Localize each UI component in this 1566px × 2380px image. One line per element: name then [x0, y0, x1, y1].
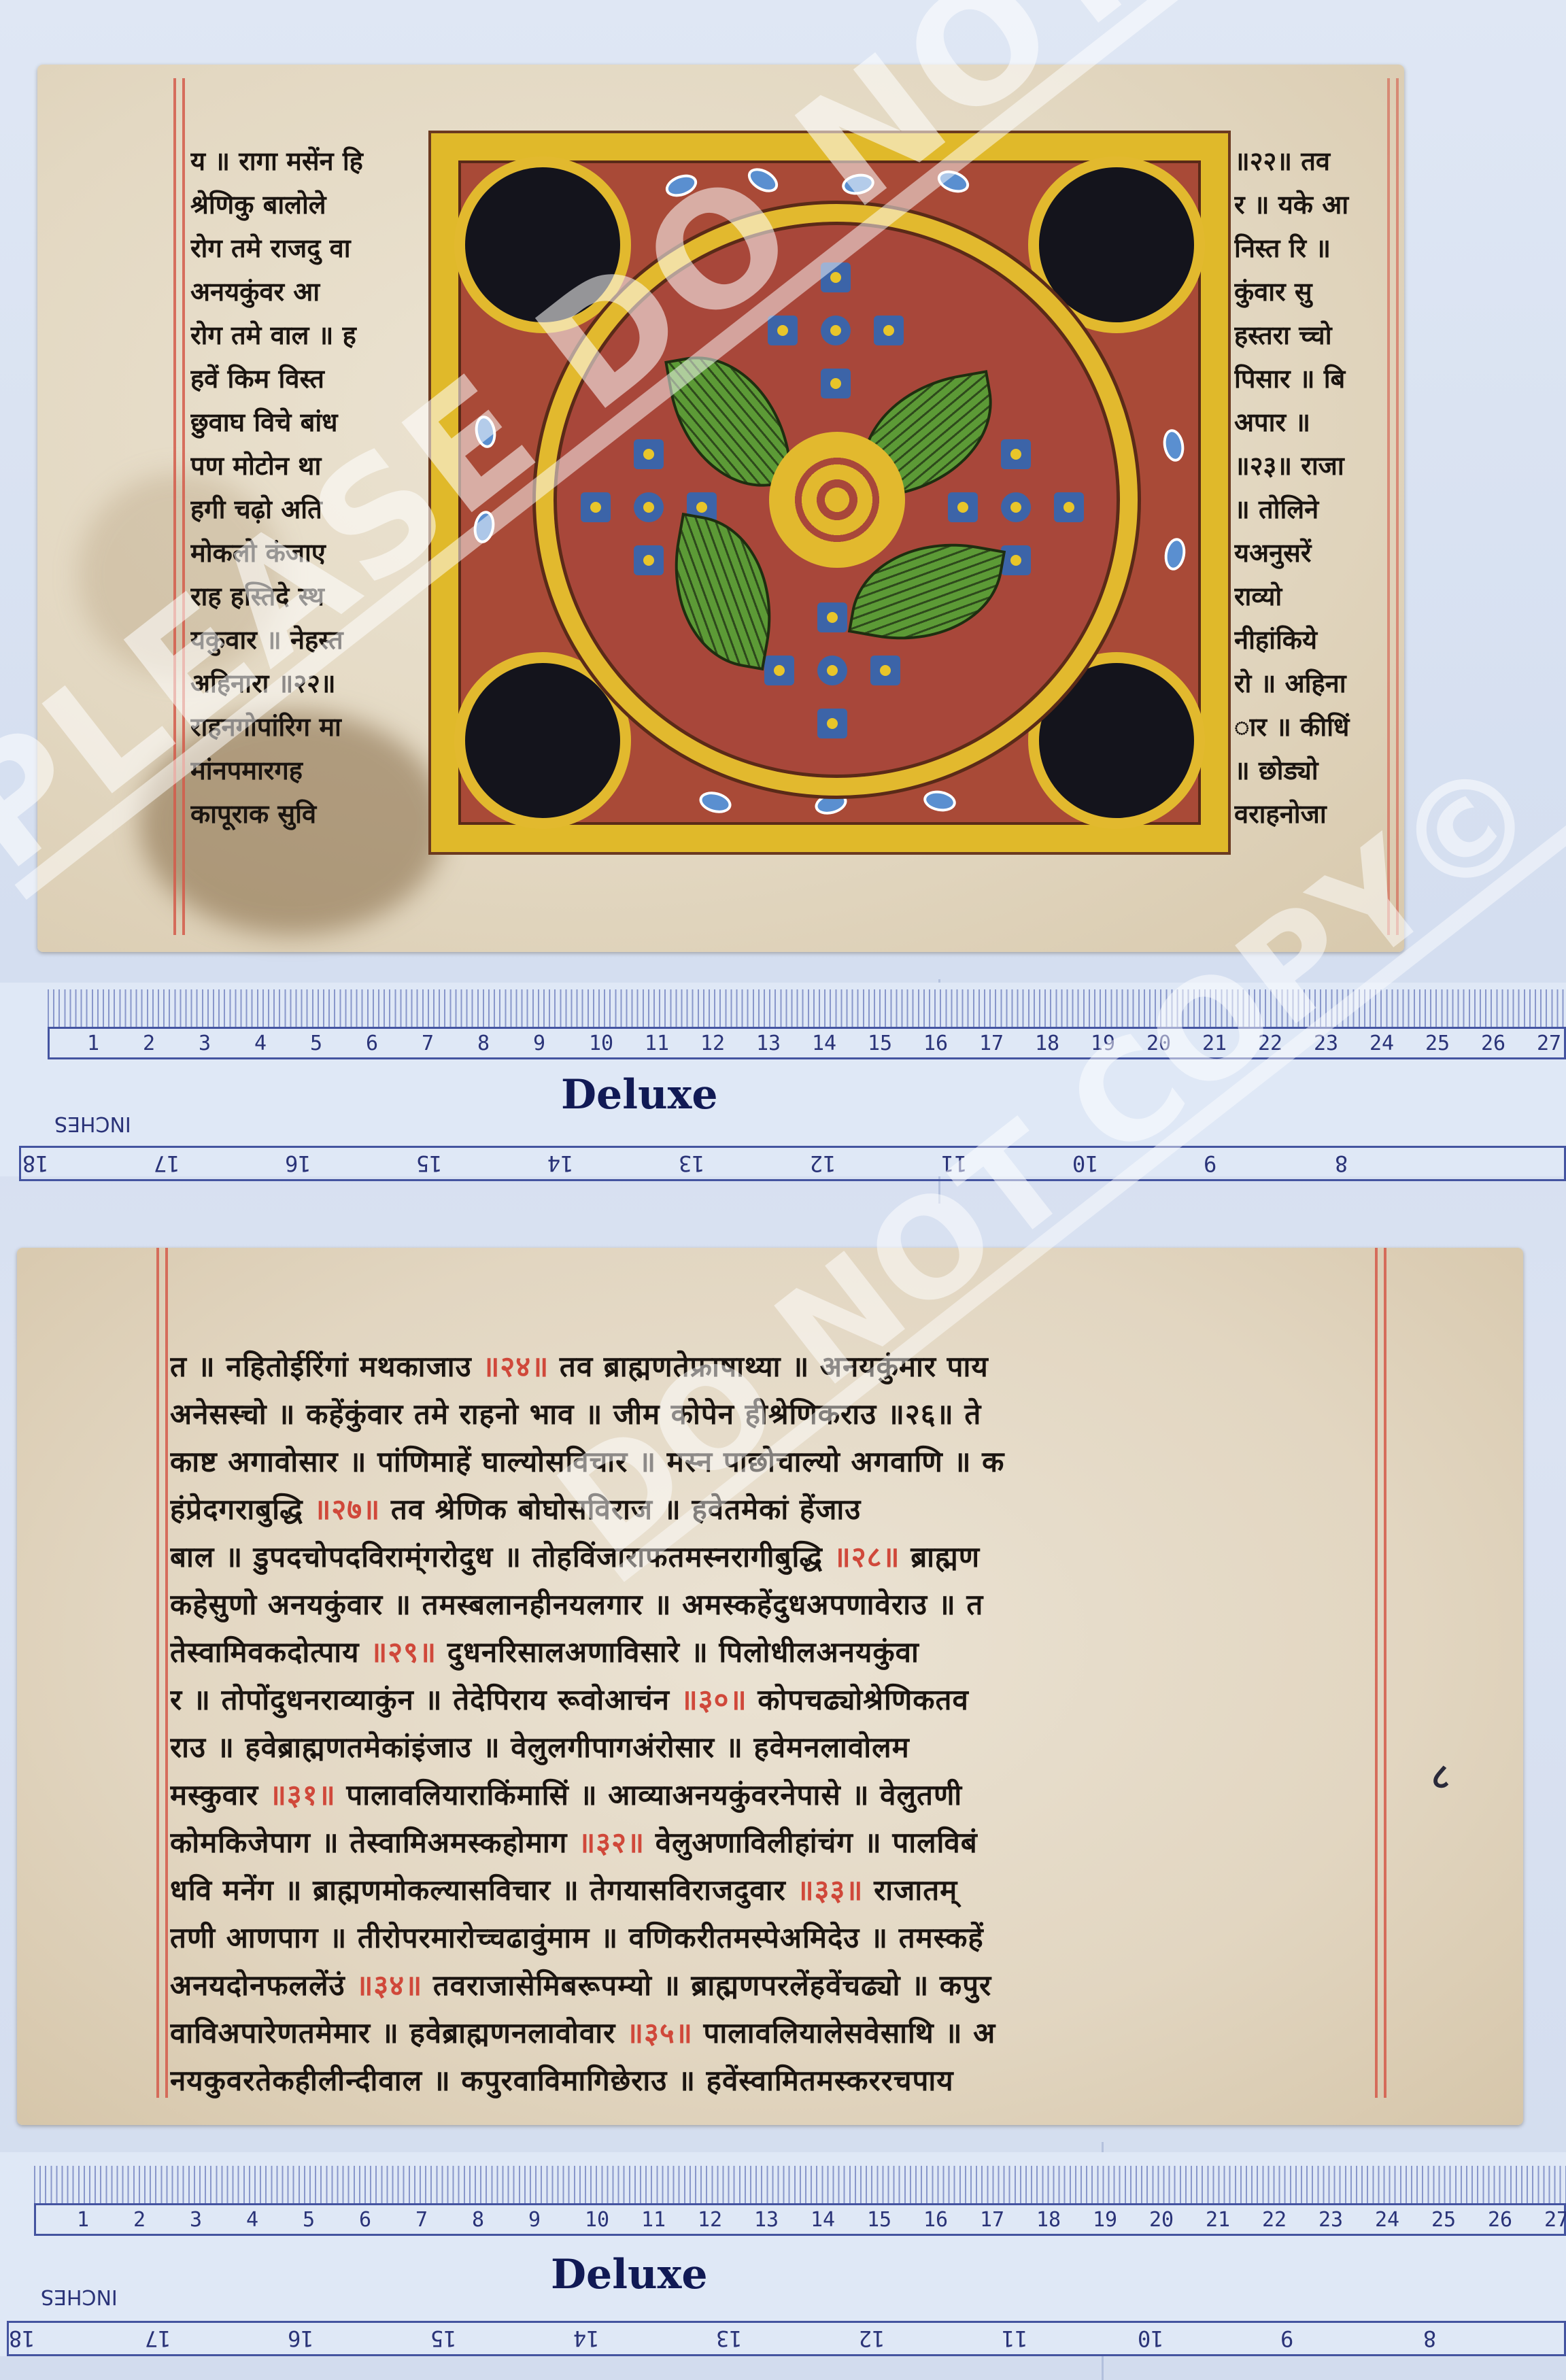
- text-line: यकुवार ॥ नेहस्त: [190, 618, 432, 662]
- cm-label: 7: [422, 1032, 434, 1055]
- text-line: बाल ॥ डुपदचोपदविराम्ंगरोदुध ॥ तोहविंजारा…: [170, 1533, 1374, 1581]
- inch-label: 15: [416, 1151, 443, 1176]
- cm-label: 17: [979, 1032, 1004, 1055]
- inch-label: 13: [679, 1151, 705, 1176]
- cm-label: 4: [246, 2208, 258, 2232]
- cm-label: 5: [303, 2208, 315, 2232]
- inch-label: 10: [1138, 2326, 1164, 2351]
- text-line: राहनगोपांरिग मा: [190, 705, 432, 749]
- cm-label: 26: [1481, 1032, 1505, 1055]
- text-line: नयकुवरतेकहीलीन्दीवाल ॥ कपुरवाविमागिछेराउ…: [170, 2057, 1374, 2105]
- cm-label: 2: [133, 2208, 146, 2232]
- corner-lotus: [454, 156, 631, 333]
- cm-label: 15: [867, 2208, 891, 2232]
- inch-label: 17: [145, 2326, 171, 2351]
- border-bud: [473, 414, 498, 449]
- text-line: यअनुसरें: [1234, 531, 1384, 575]
- ruler-inch-scale: 18 17 16 15 14 13 12 11 10 9 8: [19, 1146, 1566, 1181]
- inch-label: 16: [288, 2326, 314, 2351]
- text-line: कुंवार सु: [1234, 270, 1384, 313]
- inch-label: 8: [1335, 1151, 1348, 1176]
- text-line: ॥ तोलिने: [1234, 488, 1384, 531]
- cm-label: 27: [1537, 1032, 1561, 1055]
- cm-label: 25: [1425, 1032, 1450, 1055]
- margin-rule-left: [156, 1248, 159, 2098]
- text-line: मोकलो कंजाए: [190, 531, 432, 575]
- text-line: रोग तमे वाल ॥ ह: [190, 313, 432, 357]
- cm-label: 9: [533, 1032, 545, 1055]
- border-bud: [1161, 428, 1187, 463]
- text-line: कहेसुणो अनयकुंवार ॥ तमस्बलानहीनयलगार ॥ अ…: [170, 1581, 1374, 1629]
- inch-label: 14: [547, 1151, 574, 1176]
- cm-label: 3: [190, 2208, 202, 2232]
- ruler-unit-label: INCHES: [41, 2285, 118, 2309]
- text-column-left: य ॥ रागा मसेंन हि श्रेणिकु बालोले रोग तम…: [190, 139, 432, 836]
- border-bud: [662, 171, 700, 201]
- cm-label: 8: [472, 2208, 484, 2232]
- cm-label: 9: [528, 2208, 541, 2232]
- text-line: राउ ॥ हवेब्राह्मणतमेकांइंजाउ ॥ वेलुलगीपा…: [170, 1724, 1374, 1771]
- text-line: कोमकिजेपाग ॥ तेस्वामिअमस्कहोमाग ॥३२॥ वेल…: [170, 1819, 1374, 1867]
- text-line: ॥ छोड्यो: [1234, 749, 1384, 792]
- text-line: ार ॥ कीधिं: [1234, 705, 1384, 749]
- text-line: वाविअपारेणतमेमार ॥ हवेब्राह्मणनलावोवार ॥…: [170, 2009, 1374, 2057]
- cm-label: 17: [980, 2208, 1004, 2232]
- ruler-cm-scale: 1 2 3 4 5 6 7 8 9 10 11 12 13 14 15 16 1…: [34, 2203, 1566, 2236]
- text-line: निस्त रि ॥: [1234, 226, 1384, 270]
- cm-label: 13: [756, 1032, 781, 1055]
- cm-label: 13: [754, 2208, 779, 2232]
- inch-label: 9: [1280, 2326, 1293, 2351]
- text-line: हवें किम विस्त: [190, 357, 432, 401]
- folio-number: ८: [1431, 1751, 1450, 1799]
- text-line: हंप्रेदगराबुद्धि ॥२७॥ तव श्रेणिक बोघोसवि…: [170, 1486, 1374, 1533]
- text-line: अनयदोनफललेंउं ॥३४॥ तवराजासेमिबरूपम्यो ॥ …: [170, 1962, 1374, 2009]
- inch-label: 8: [1423, 2326, 1436, 2351]
- text-line: ॥२२॥ तव: [1234, 139, 1384, 183]
- ruler-unit-label: INCHES: [54, 1112, 131, 1136]
- inch-label: 18: [9, 2326, 35, 2351]
- rosette-top: [768, 262, 904, 398]
- measuring-ruler: 1 2 3 4 5 6 7 8 9 10 11 12 13 14 15 16 1…: [0, 2152, 1566, 2356]
- margin-rule-left: [182, 78, 185, 935]
- ruler-brand: Deluxe: [561, 1071, 718, 1119]
- cm-label: 16: [923, 2208, 948, 2232]
- central-medallion: [536, 204, 1138, 796]
- inch-label: 11: [1002, 2326, 1028, 2351]
- cm-label: 6: [366, 1032, 378, 1055]
- cm-label: 21: [1206, 2208, 1230, 2232]
- text-line: छुवाघ विचे बांध: [190, 401, 432, 444]
- cm-label: 6: [359, 2208, 371, 2232]
- cm-label: 7: [415, 2208, 428, 2232]
- text-line: कापूराक सुवि: [190, 792, 432, 836]
- border-bud: [697, 788, 734, 816]
- cm-label: 10: [585, 2208, 609, 2232]
- inch-label: 18: [22, 1151, 49, 1176]
- inch-label: 13: [716, 2326, 743, 2351]
- text-line: ॥२३॥ राजा: [1234, 444, 1384, 488]
- border-bud: [1162, 537, 1188, 572]
- text-line: रोग तमे राजदु वा: [190, 226, 432, 270]
- text-line: नीहांकिये: [1234, 618, 1384, 662]
- cm-label: 12: [698, 2208, 722, 2232]
- cm-label: 15: [868, 1032, 892, 1055]
- margin-rule-left: [173, 78, 176, 935]
- cm-label: 10: [589, 1032, 613, 1055]
- cm-label: 4: [254, 1032, 267, 1055]
- cm-label: 1: [77, 2208, 89, 2232]
- text-line: हस्तरा च्चो: [1234, 313, 1384, 357]
- text-line: तणी आणपाग ॥ तीरोपरमारोच्चढावुंमाम ॥ वणिक…: [170, 1914, 1374, 1962]
- cm-label: 24: [1375, 2208, 1399, 2232]
- text-line: हगी चढ़ो अति: [190, 488, 432, 531]
- border-bud: [744, 163, 783, 197]
- inch-label: 16: [285, 1151, 311, 1176]
- cm-label: 26: [1488, 2208, 1512, 2232]
- text-line: अपार ॥: [1234, 401, 1384, 444]
- painting-field: [458, 160, 1201, 825]
- cm-label: 2: [143, 1032, 155, 1055]
- cm-label: 14: [812, 1032, 836, 1055]
- cm-label: 23: [1318, 2208, 1343, 2232]
- cm-label: 18: [1036, 2208, 1061, 2232]
- text-line: पिसार ॥ बि: [1234, 357, 1384, 401]
- text-line: य ॥ रागा मसेंन हि: [190, 139, 432, 183]
- inch-label: 12: [810, 1151, 836, 1176]
- inch-label: 17: [154, 1151, 180, 1176]
- margin-rule-left: [165, 1248, 168, 2098]
- cm-label: 14: [811, 2208, 835, 2232]
- center-ring: [769, 432, 905, 568]
- cm-label: 20: [1149, 2208, 1174, 2232]
- inch-label: 9: [1204, 1151, 1216, 1176]
- inch-label: 14: [573, 2326, 600, 2351]
- inch-label: 12: [859, 2326, 885, 2351]
- text-line: अहिनारा ॥२२॥: [190, 662, 432, 705]
- text-line: धवि मनेंग ॥ ब्राह्मणमोकल्यासविचार ॥ तेगय…: [170, 1867, 1374, 1914]
- cm-label: 5: [310, 1032, 322, 1055]
- border-bud: [922, 788, 957, 814]
- cm-label: 19: [1093, 2208, 1117, 2232]
- margin-rule-right: [1384, 1248, 1386, 2098]
- cm-label: 12: [700, 1032, 725, 1055]
- text-line: अनयकुंवर आ: [190, 270, 432, 313]
- text-line: र ॥ यके आ: [1234, 183, 1384, 226]
- cm-label: 25: [1431, 2208, 1456, 2232]
- cm-label: 22: [1262, 2208, 1287, 2232]
- text-line: राव्यो: [1234, 575, 1384, 618]
- ruler-inch-scale: 18 17 16 15 14 13 12 11 10 9 8: [7, 2321, 1566, 2356]
- text-line: मस्कुवार ॥३१॥ पालावलियाराकिंमासिं ॥ आव्य…: [170, 1771, 1374, 1819]
- text-line: र ॥ तोपोंदुधनराव्याकुंन ॥ तेदेपिराय रूवो…: [170, 1676, 1374, 1724]
- ornamental-painting: [428, 131, 1231, 855]
- inch-label: 15: [430, 2326, 457, 2351]
- border-bud: [934, 167, 972, 197]
- cm-label: 16: [923, 1032, 948, 1055]
- cm-label: 27: [1544, 2208, 1566, 2232]
- cm-label: 3: [199, 1032, 211, 1055]
- border-bud: [471, 509, 497, 545]
- ruler-brand: Deluxe: [551, 2251, 708, 2298]
- text-line: श्रेणिकु बालोले: [190, 183, 432, 226]
- ruler-mm-ticks: [34, 2166, 1566, 2203]
- cm-label: 11: [645, 1032, 669, 1055]
- cm-label: 1: [87, 1032, 99, 1055]
- text-line: राह हस्तिदे स्थ: [190, 575, 432, 618]
- border-bud: [840, 171, 876, 197]
- cm-label: 11: [641, 2208, 666, 2232]
- margin-rule-right: [1375, 1248, 1378, 2098]
- text-line: रो ॥ अहिना: [1234, 662, 1384, 705]
- cm-label: 8: [477, 1032, 490, 1055]
- cm-label: 24: [1369, 1032, 1394, 1055]
- text-column-right: ॥२२॥ तव र ॥ यके आ निस्त रि ॥ कुंवार सु ह…: [1234, 139, 1384, 836]
- text-line: तेस्वामिवकदोत्पाय ॥२९॥ दुधनरिसालअणाविसार…: [170, 1629, 1374, 1676]
- text-line: मांनपमारगह: [190, 749, 432, 792]
- text-line: पण मोटोन था: [190, 444, 432, 488]
